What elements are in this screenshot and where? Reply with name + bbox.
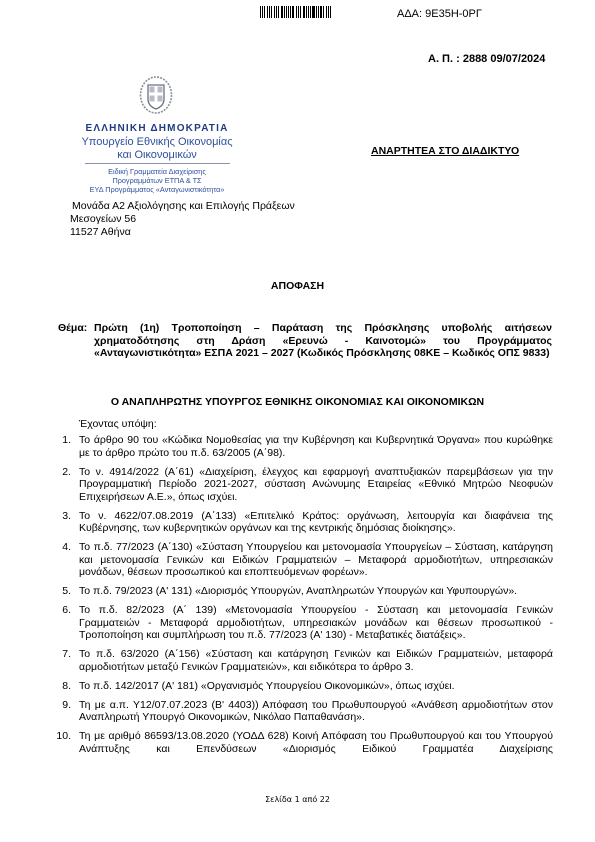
item-number: 3. [45, 510, 71, 523]
item-text: Το π.δ. 79/2023 (Α' 131) «Διορισμός Υπου… [79, 585, 553, 598]
logo-title: ΕΛΛΗΝΙΚΗ ΔΗΜΟΚΡΑΤΙΑ [80, 123, 234, 134]
subject-text: Πρώτη (1η) Τροποποίηση – Παράταση της Πρ… [94, 322, 552, 360]
special-secretariat-line3: ΕΥΔ Προγράμματος «Ανταγωνιστικότητα» [70, 185, 244, 194]
page-number: Σελίδα 1 από 22 [0, 795, 595, 804]
barcode-icon [260, 6, 333, 18]
posting-notice: ΑΝΑΡΤΗΤΕΑ ΣΤΟ ΔΙΑΔΙΚΤΥΟ [371, 145, 519, 157]
list-item: 1.Το άρθρο 90 του «Κώδικα Νομοθεσίας για… [45, 434, 553, 459]
list-item: 6.Το π.δ. 82/2023 (Α΄ 139) «Μετονομασία … [45, 604, 553, 642]
item-number: 6. [45, 604, 71, 617]
item-number: 9. [45, 699, 71, 712]
list-item: 5.Το π.δ. 79/2023 (Α' 131) «Διορισμός Υπ… [45, 585, 553, 598]
item-text: Τη με αριθμό 86593/13.08.2020 (ΥΟΔΔ 628)… [79, 730, 553, 755]
item-text: Το π.δ. 77/2023 (Α΄130) «Σύσταση Υπουργε… [79, 541, 553, 579]
item-number: 8. [45, 680, 71, 693]
list-item: 3.Το ν. 4622/07.08.2019 (Α΄133) «Επιτελι… [45, 510, 553, 535]
issuer-heading: Ο ΑΝΑΠΛΗΡΩΤΗΣ ΥΠΟΥΡΓΟΣ ΕΘΝΙΚΗΣ ΟΙΚΟΝΟΜΙΑ… [0, 396, 595, 408]
item-number: 4. [45, 541, 71, 554]
item-text: Το άρθρο 90 του «Κώδικα Νομοθεσίας για τ… [79, 434, 553, 459]
item-number: 1. [45, 434, 71, 447]
protocol-number: Α. Π. : 2888 09/07/2024 [428, 53, 545, 65]
item-text: Το ν. 4622/07.08.2019 (Α΄133) «Επιτελικό… [79, 510, 553, 535]
list-item: 2.Το ν. 4914/2022 (Α΄61) «Διαχείριση, έλ… [45, 466, 553, 504]
item-text: Το π.δ. 63/2020 (Α΄156) «Σύσταση και κατ… [79, 648, 553, 673]
greek-coat-of-arms-icon [139, 75, 173, 115]
item-number: 7. [45, 648, 71, 661]
special-secretariat-line1: Ειδική Γραμματεία Διαχείρισης [70, 167, 244, 176]
ministry-name-line2: και Οικονομικών [70, 149, 244, 161]
list-item: 9.Τη με α.π. Υ12/07.07.2023 (Β' 4403)) Α… [45, 699, 553, 724]
list-item: 10.Τη με αριθμό 86593/13.08.2020 (ΥΟΔΔ 6… [45, 730, 553, 755]
subject-block: Θέμα: Πρώτη (1η) Τροποποίηση – Παράταση … [58, 322, 552, 360]
item-number: 2. [45, 466, 71, 479]
item-text: Το π.δ. 82/2023 (Α΄ 139) «Μετονομασία Υπ… [79, 604, 553, 642]
considering-label: Έχοντας υπόψη: [79, 418, 157, 430]
item-text: Τη με α.π. Υ12/07.07.2023 (Β' 4403)) Από… [79, 699, 553, 724]
special-secretariat-line2: Προγραμμάτων ΕΤΠΑ & ΤΣ [70, 176, 244, 185]
list-item: 4.Το π.δ. 77/2023 (Α΄130) «Σύσταση Υπουρ… [45, 541, 553, 579]
item-number: 10. [45, 730, 71, 743]
subject-label: Θέμα: [58, 322, 87, 335]
address-street: Μεσογείων 56 [70, 213, 136, 225]
logo-divider [85, 163, 230, 164]
address-unit: Μονάδα Α2 Αξιολόγησης και Επιλογής Πράξε… [72, 200, 295, 212]
ministry-name-line1: Υπουργείο Εθνικής Οικονομίας [70, 136, 244, 148]
document-type-heading: ΑΠΟΦΑΣΗ [0, 280, 595, 292]
address-city: 11527 Αθήνα [70, 226, 131, 238]
item-number: 5. [45, 585, 71, 598]
item-text: Το π.δ. 142/2017 (Α' 181) «Οργανισμός Υπ… [79, 680, 553, 693]
ada-code: ΑΔΑ: 9Ε35Η-0ΡΓ [397, 8, 482, 20]
item-text: Το ν. 4914/2022 (Α΄61) «Διαχείριση, έλεγ… [79, 466, 553, 504]
list-item: 7.Το π.δ. 63/2020 (Α΄156) «Σύσταση και κ… [45, 648, 553, 673]
list-item: 8.Το π.δ. 142/2017 (Α' 181) «Οργανισμός … [45, 680, 553, 693]
considerations-list: 1.Το άρθρο 90 του «Κώδικα Νομοθεσίας για… [45, 434, 553, 762]
